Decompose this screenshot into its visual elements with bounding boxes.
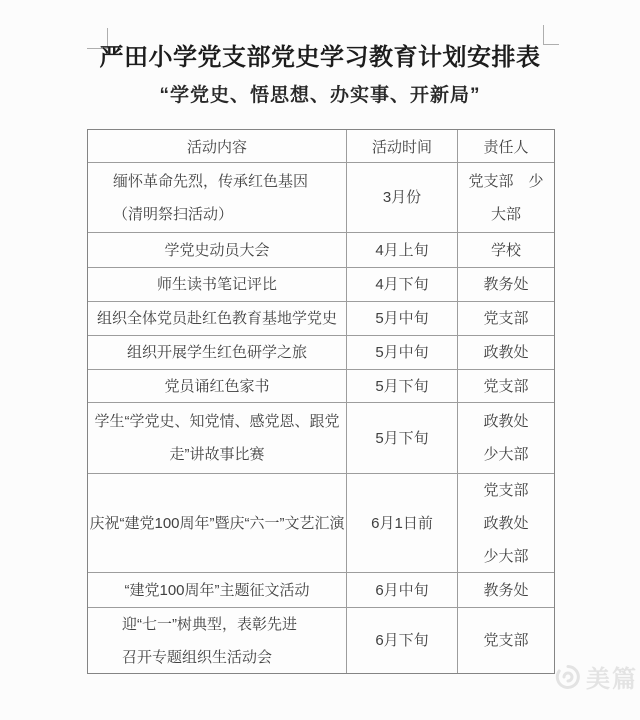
cell-owner: 教务处 (458, 268, 554, 301)
table-header-row: 活动内容 活动时间 责任人 (88, 130, 554, 162)
cell-owner: 党支部 (458, 302, 554, 335)
cell-time: 3月份 (347, 163, 458, 232)
cell-owner: 学校 (458, 233, 554, 267)
cell-activity: 庆祝“建党100周年”暨庆“六一”文艺汇演 (88, 474, 347, 572)
column-header-activity: 活动内容 (88, 130, 347, 162)
table-row: 学党史动员大会4月上旬学校 (88, 232, 554, 267)
cell-activity: 组织全体党员赴红色教育基地学党史 (88, 302, 347, 335)
table-row: 学生“学党史、知党情、感党恩、跟党走”讲故事比赛5月下旬政教处少大部 (88, 402, 554, 473)
page-title: 严田小学党支部党史学习教育计划安排表 (0, 44, 640, 72)
cell-owner: 政教处少大部 (458, 403, 554, 473)
table-row: 党员诵红色家书5月下旬党支部 (88, 369, 554, 402)
table-row: 组织全体党员赴红色教育基地学党史5月中旬党支部 (88, 301, 554, 335)
meipian-swirl-icon (555, 664, 581, 690)
cell-activity: 师生读书笔记评比 (88, 268, 347, 301)
table-row: 师生读书笔记评比4月下旬教务处 (88, 267, 554, 301)
cell-activity: 缅怀革命先烈，传承红色基因（清明祭扫活动） (88, 163, 347, 232)
cell-time: 6月1日前 (347, 474, 458, 572)
schedule-table: 活动内容 活动时间 责任人 缅怀革命先烈，传承红色基因（清明祭扫活动）3月份党支… (87, 129, 555, 674)
cell-owner: 政教处 (458, 336, 554, 369)
meipian-watermark: 美篇 (555, 659, 638, 694)
cell-time: 4月上旬 (347, 233, 458, 267)
cell-time: 5月下旬 (347, 370, 458, 402)
page-subtitle: “学党史、悟思想、办实事、开新局” (0, 84, 640, 108)
column-header-time: 活动时间 (347, 130, 458, 162)
cell-time: 5月下旬 (347, 403, 458, 473)
cell-owner: 党支部 (458, 608, 554, 673)
cell-activity: 党员诵红色家书 (88, 370, 347, 402)
cell-owner: 党支部 (458, 370, 554, 402)
cell-time: 6月下旬 (347, 608, 458, 673)
table-row: 组织开展学生红色研学之旅5月中旬政教处 (88, 335, 554, 369)
column-header-owner: 责任人 (458, 130, 554, 162)
cell-activity: 学生“学党史、知党情、感党恩、跟党走”讲故事比赛 (88, 403, 347, 473)
cell-activity: 迎“七一”树典型，表彰先进召开专题组织生活动会 (88, 608, 347, 673)
cell-time: 4月下旬 (347, 268, 458, 301)
cell-time: 5月中旬 (347, 302, 458, 335)
cell-activity: 组织开展学生红色研学之旅 (88, 336, 347, 369)
cell-time: 5月中旬 (347, 336, 458, 369)
cell-owner: 教务处 (458, 573, 554, 607)
table-row: 迎“七一”树典型，表彰先进召开专题组织生活动会6月下旬党支部 (88, 607, 554, 673)
cell-activity: 学党史动员大会 (88, 233, 347, 267)
cell-time: 6月中旬 (347, 573, 458, 607)
cell-owner: 党支部政教处少大部 (458, 474, 554, 572)
table-row: 庆祝“建党100周年”暨庆“六一”文艺汇演6月1日前党支部政教处少大部 (88, 473, 554, 572)
watermark-text: 美篇 (586, 659, 638, 694)
cell-owner: 党支部 少大部 (458, 163, 554, 232)
crop-mark-top-right-icon (543, 25, 559, 45)
table-row: “建党100周年”主题征文活动6月中旬教务处 (88, 572, 554, 607)
document-page: 严田小学党支部党史学习教育计划安排表 “学党史、悟思想、办实事、开新局” 活动内… (0, 0, 640, 720)
cell-activity: “建党100周年”主题征文活动 (88, 573, 347, 607)
table-row: 缅怀革命先烈，传承红色基因（清明祭扫活动）3月份党支部 少大部 (88, 162, 554, 232)
